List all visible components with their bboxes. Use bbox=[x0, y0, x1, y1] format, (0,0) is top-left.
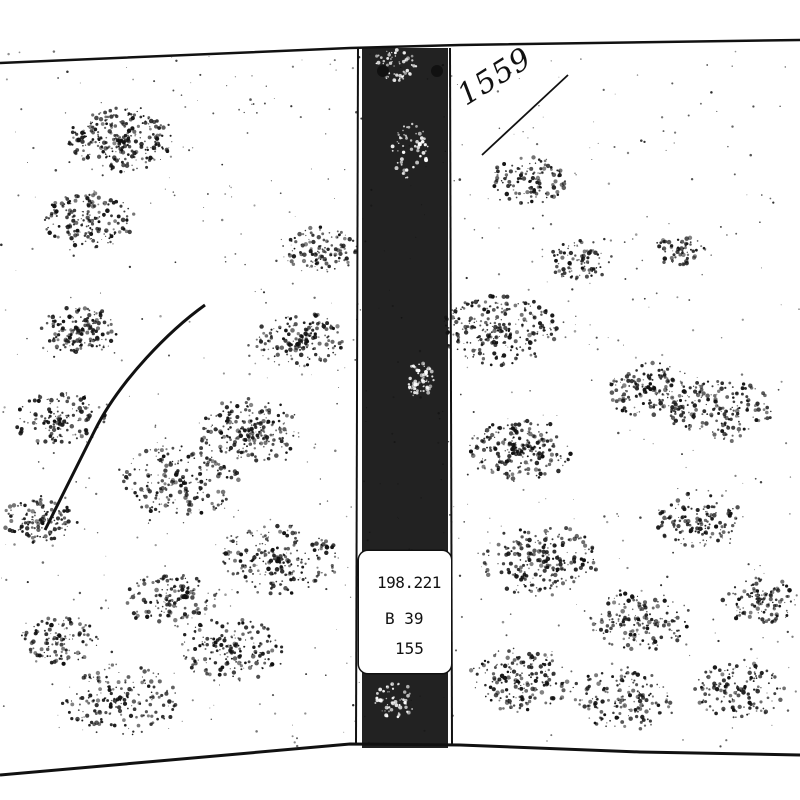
scanned-binding bbox=[0, 0, 800, 800]
call-number-line-1: 198.221 bbox=[377, 575, 441, 591]
call-number-line-3: 155 bbox=[395, 641, 424, 657]
call-number-line-2: B 39 bbox=[385, 611, 424, 627]
call-number-label: 198.221 B 39 155 bbox=[359, 551, 451, 673]
